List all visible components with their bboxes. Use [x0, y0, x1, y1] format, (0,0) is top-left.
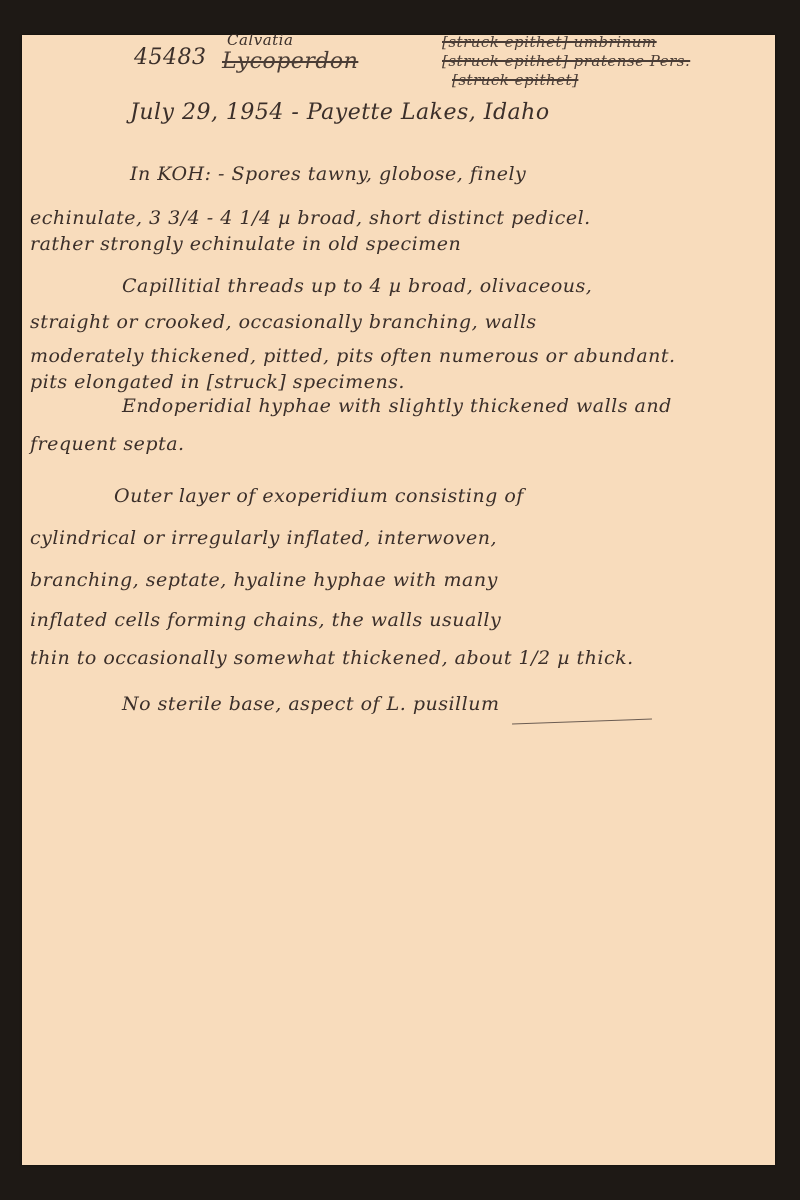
species-underline [512, 719, 652, 725]
struck-epithet-line-2: [struck epithet] pratense Pers. [442, 52, 690, 70]
collection-number: 45483 [134, 45, 207, 70]
handwritten-notes-page: 45483 Calvatia Lycoperdon [struck epithe… [22, 35, 775, 1165]
spores-line-2: echinulate, 3 3/4 - 4 1/4 µ broad, short… [30, 207, 591, 229]
genus-struck: Lycoperdon [222, 49, 358, 74]
genus-inserted: Calvatia [227, 31, 293, 49]
struck-epithet-line-1: [struck epithet] umbrinum [442, 33, 657, 51]
exoperidium-line-1: Outer layer of exoperidium consisting of [114, 485, 524, 507]
capillitium-line-3: moderately thickened, pitted, pits often… [30, 345, 676, 367]
exoperidium-line-2: cylindrical or irregularly inflated, int… [30, 527, 497, 549]
exoperidium-line-3: branching, septate, hyaline hyphae with … [30, 569, 498, 591]
spores-line-1: In KOH: - Spores tawny, globose, finely [130, 163, 526, 185]
capillitium-line-4: pits elongated in [struck] specimens. [30, 371, 405, 393]
spores-line-3: rather strongly echinulate in old specim… [30, 233, 461, 255]
conclusion-text: No sterile base, aspect of L. pusillum [122, 693, 499, 715]
date-location: July 29, 1954 - Payette Lakes, Idaho [130, 100, 550, 125]
exoperidium-line-4: inflated cells forming chains, the walls… [30, 609, 501, 631]
struck-epithet-line-3: [struck epithet] [452, 71, 578, 89]
capillitium-line-2: straight or crooked, occasionally branch… [30, 311, 537, 333]
conclusion-line: No sterile base, aspect of L. pusillum [122, 693, 499, 715]
endoperidium-line-2: frequent septa. [30, 433, 185, 455]
endoperidium-line-1: Endoperidial hyphae with slightly thicke… [122, 395, 672, 417]
capillitium-line-1: Capillitial threads up to 4 µ broad, oli… [122, 275, 592, 297]
exoperidium-line-5: thin to occasionally somewhat thickened,… [30, 647, 634, 669]
